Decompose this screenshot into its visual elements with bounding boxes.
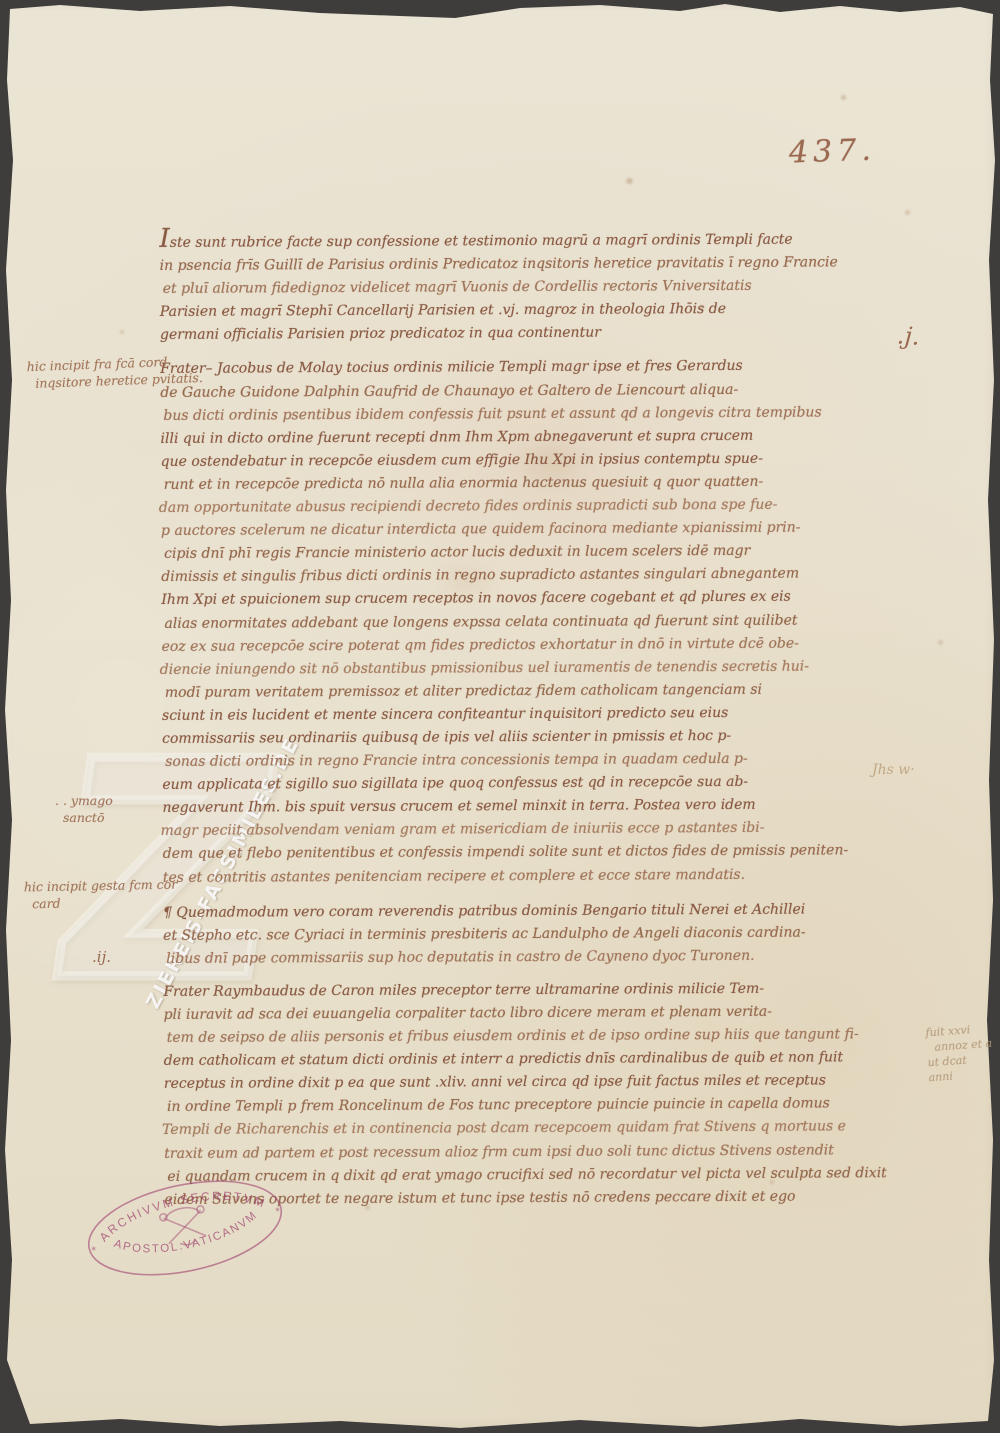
manuscript-line: libus dnī pape commissariis sup hoc depu…	[166, 944, 885, 971]
manuscript-line: germani officialis Parisien prioz predic…	[160, 320, 882, 347]
margin-note-line: sanctō	[63, 809, 113, 826]
manuscript-line: dem que et flebo penitentibus et confess…	[163, 840, 885, 867]
manuscript-paragraph: Iste sunt rubrice facte sup confessione …	[159, 224, 882, 347]
margin-note-line: card	[32, 893, 178, 913]
facsimile-photo: { "photo": { "background_color": "#3e3d3…	[0, 0, 1000, 1433]
paragraph-number-j: .j.	[896, 321, 921, 351]
manuscript-paragraph: ¶ Quemadmodum vero coram reverendis patr…	[163, 898, 885, 971]
manuscript-line: Iste sunt rubrice facte sup confessione …	[159, 224, 881, 255]
margin-note-age: fuit xxviannoz et aut dcatanni	[925, 1021, 995, 1085]
manuscript-line: ¶ Quemadmodum vero coram reverendis patr…	[163, 898, 885, 925]
manuscript-line: alias enormitates addebant que longens e…	[164, 609, 883, 636]
manuscript-paragraph: Frater– Jacobus de Molay tocius ordinis …	[160, 355, 885, 890]
faded-margin-mark: Jhs w·	[872, 762, 915, 778]
folio-number: 437.	[788, 132, 876, 170]
stamp-star-left: ✶	[89, 1244, 97, 1254]
manuscript-line: et Stepho etc. sce Cyriaci in terminis p…	[163, 921, 885, 948]
manuscript-line: diencie iniungendo sit nō obstantibus pm…	[160, 655, 884, 682]
manuscript-line: eoz ex sua recepcōe scire poterat qm fid…	[162, 632, 884, 659]
manuscript-line: in psencia frīs Guillī de Parisius ordin…	[160, 251, 882, 278]
paragraph-number-ij: .ij.	[92, 948, 111, 966]
manuscript-line: p auctores scelerum ne dicatur interdict…	[161, 516, 883, 543]
margin-note-incipit-cardinals: hic incipit gesta fcm corcard	[24, 876, 178, 913]
manuscript-line: bus dicti ordinis psentibus ibidem confe…	[163, 401, 882, 428]
manuscript-line: Ihm Xpi et spuicionem sup crucem recepto…	[161, 586, 883, 613]
manuscript-text: Iste sunt rubrice facte sup confessione …	[159, 224, 886, 1212]
margin-note-line: . . ymago	[55, 792, 113, 809]
margin-note-ymago: . . ymagosanctō	[55, 792, 113, 826]
margin-note-line: hic incipit gesta fcm cor	[24, 876, 178, 896]
margin-note-incipit-inquisitor: hic incipit fra fcā cordinqsitore hereti…	[26, 352, 203, 392]
manuscript-line: Templi de Richarenchis et in continencia…	[162, 1116, 886, 1143]
manuscript-line: tes et contritis astantes penitenciam re…	[163, 863, 885, 890]
